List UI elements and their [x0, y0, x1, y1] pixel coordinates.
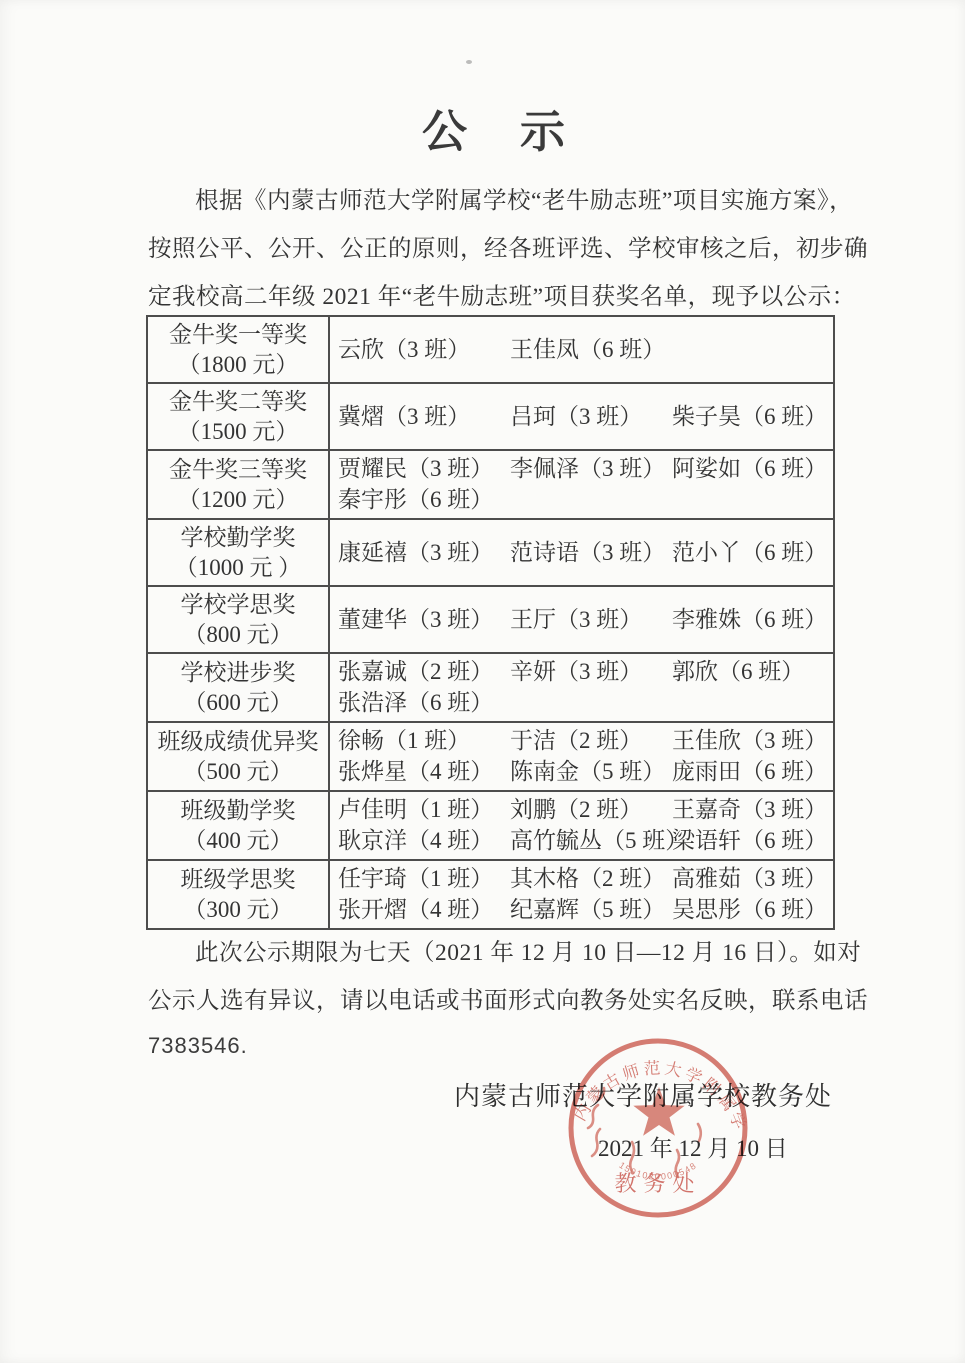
awardee-name: 陈南金（5 班）	[510, 757, 672, 787]
awardees-cell: 任宇琦（1 班）其木格（2 班）高雅茹（3 班）张开熠（4 班）纪嘉辉（5 班）…	[330, 861, 833, 928]
awardee-name: 刘鹏（2 班）	[510, 795, 672, 825]
award-amount: （300 元）	[183, 895, 292, 925]
table-row: 班级勤学奖（400 元）卢佳明（1 班）刘鹏（2 班）王嘉奇（3 班）耿京洋（4…	[148, 790, 833, 859]
awardee-name: 康延禧（3 班）	[338, 538, 510, 568]
awardee-name: 任宇琦（1 班）	[338, 864, 510, 894]
awardee-name: 王厅（3 班）	[510, 605, 672, 635]
award-amount: （1000 元 ）	[175, 553, 302, 583]
stamp-star-icon	[633, 1087, 684, 1136]
award-label-cell: 金牛奖三等奖（1200 元）	[148, 451, 330, 518]
awardee-name: 张烨星（4 班）	[338, 757, 510, 787]
awardee-name: 吴思彤（6 班）	[672, 895, 831, 925]
page-title: 公 示	[0, 95, 965, 160]
table-row: 学校进步奖（600 元）张嘉诚（2 班）辛妍（3 班）郭欣（6 班）张浩泽（6 …	[148, 652, 833, 721]
awardee-name: 秦宇彤（6 班）	[338, 485, 510, 515]
award-name: 班级成绩优异奖	[158, 727, 319, 757]
intro-paragraph: 根据《内蒙古师范大学附属学校“老牛励志班”项目实施方案》，按照公平、公开、公正的…	[148, 174, 858, 318]
awardee-name: 李雅姝（6 班）	[672, 605, 831, 635]
awardee-name: 王佳凤（6 班）	[510, 335, 672, 365]
awardee-name: 高雅茹（3 班）	[672, 864, 831, 894]
award-amount: （500 元）	[183, 757, 292, 787]
table-row: 学校学思奖（800 元）董建华（3 班）王厅（3 班）李雅姝（6 班）	[148, 585, 833, 652]
intro-line: 按照公平、公开、公正的原则，经各班评选、学校审核之后，初步确	[148, 222, 858, 270]
award-label-cell: 学校学思奖（800 元）	[148, 587, 330, 652]
award-label-cell: 学校进步奖（600 元）	[148, 654, 330, 721]
award-label-cell: 班级学思奖（300 元）	[148, 861, 330, 928]
awardee-name: 徐畅（1 班）	[338, 726, 510, 756]
awardee-name: 耿京洋（4 班）	[338, 826, 510, 856]
award-name: 金牛奖三等奖	[169, 455, 307, 485]
scan-artifact-dot	[466, 60, 472, 64]
award-label-cell: 班级成绩优异奖（500 元）	[148, 723, 330, 790]
awardees-cell: 冀熠（3 班）吕珂（3 班）柴子昊（6 班）	[330, 384, 833, 449]
awardee-name: 卢佳明（1 班）	[338, 795, 510, 825]
table-row: 金牛奖一等奖（1800 元）云欣（3 班）王佳凤（6 班）	[148, 317, 833, 382]
award-amount: （600 元）	[183, 688, 292, 718]
awardee-name: 范小丫（6 班）	[672, 538, 831, 568]
awardee-name: 阿娑如（6 班）	[672, 454, 831, 484]
award-name: 金牛奖一等奖	[169, 320, 307, 350]
awardee-name: 高竹毓丛（5 班）	[510, 826, 672, 856]
table-row: 班级成绩优异奖（500 元）徐畅（1 班）于洁（2 班）王佳欣（3 班）张烨星（…	[148, 721, 833, 790]
awardee-name: 柴子昊（6 班）	[672, 402, 831, 432]
awardee-name: 纪嘉辉（5 班）	[510, 895, 672, 925]
award-name: 学校进步奖	[181, 658, 296, 688]
closing-line: 公示人选有异议，请以电话或书面形式向教务处实名反映，联系电话	[148, 974, 858, 1022]
awardees-cell: 康延禧（3 班）范诗语（3 班）范小丫（6 班）	[330, 520, 833, 585]
awardee-name: 梁语轩（6 班）	[672, 826, 831, 856]
awardee-name: 张嘉诚（2 班）	[338, 657, 510, 687]
award-name: 班级勤学奖	[181, 796, 296, 826]
intro-line: 根据《内蒙古师范大学附属学校“老牛励志班”项目实施方案》，	[148, 174, 858, 222]
awardee-name: 庞雨田（6 班）	[672, 757, 831, 787]
table-row: 班级学思奖（300 元）任宇琦（1 班）其木格（2 班）高雅茹（3 班）张开熠（…	[148, 859, 833, 928]
awardee-name: 王佳欣（3 班）	[672, 726, 831, 756]
awardees-cell: 贾耀民（3 班）李佩泽（3 班）阿娑如（6 班）秦宇彤（6 班）	[330, 451, 833, 518]
closing-line: 此次公示期限为七天（2021 年 12 月 10 日—12 月 16 日）。如对	[148, 926, 858, 974]
awardee-name: 张浩泽（6 班）	[338, 688, 510, 718]
awardee-name: 其木格（2 班）	[510, 864, 672, 894]
award-name: 金牛奖二等奖	[169, 387, 307, 417]
award-label-cell: 金牛奖二等奖（1500 元）	[148, 384, 330, 449]
awardee-name: 郭欣（6 班）	[672, 657, 831, 687]
awardee-name: 于洁（2 班）	[510, 726, 672, 756]
awardees-cell: 董建华（3 班）王厅（3 班）李雅姝（6 班）	[330, 587, 833, 652]
scanned-document-page: 公 示 根据《内蒙古师范大学附属学校“老牛励志班”项目实施方案》，按照公平、公开…	[0, 0, 965, 1363]
award-label-cell: 班级勤学奖（400 元）	[148, 792, 330, 859]
award-amount: （400 元）	[183, 826, 292, 856]
award-label-cell: 金牛奖一等奖（1800 元）	[148, 317, 330, 382]
intro-line: 定我校高二年级 2021 年“老牛励志班”项目获奖名单，现予以公示：	[148, 270, 858, 318]
award-label-cell: 学校勤学奖（1000 元 ）	[148, 520, 330, 585]
awardee-name: 李佩泽（3 班）	[510, 454, 672, 484]
award-name: 班级学思奖	[181, 865, 296, 895]
award-table: 金牛奖一等奖（1800 元）云欣（3 班）王佳凤（6 班）金牛奖二等奖（1500…	[146, 315, 835, 930]
table-row: 学校勤学奖（1000 元 ）康延禧（3 班）范诗语（3 班）范小丫（6 班）	[148, 518, 833, 585]
awardee-name: 张开熠（4 班）	[338, 895, 510, 925]
award-amount: （1200 元）	[178, 485, 299, 515]
award-name: 学校学思奖	[181, 590, 296, 620]
awardee-name: 云欣（3 班）	[338, 335, 510, 365]
awardee-name: 吕珂（3 班）	[510, 402, 672, 432]
awardees-cell: 云欣（3 班）王佳凤（6 班）	[330, 317, 833, 382]
awardee-name: 董建华（3 班）	[338, 605, 510, 635]
award-amount: （800 元）	[183, 620, 292, 650]
award-name: 学校勤学奖	[181, 523, 296, 553]
awardees-cell: 张嘉诚（2 班）辛妍（3 班）郭欣（6 班）张浩泽（6 班）	[330, 654, 833, 721]
awardee-name: 冀熠（3 班）	[338, 402, 510, 432]
table-row: 金牛奖二等奖（1500 元）冀熠（3 班）吕珂（3 班）柴子昊（6 班）	[148, 382, 833, 449]
awardee-name: 贾耀民（3 班）	[338, 454, 510, 484]
award-amount: （1800 元）	[178, 350, 299, 380]
award-amount: （1500 元）	[178, 417, 299, 447]
awardee-name: 辛妍（3 班）	[510, 657, 672, 687]
awardees-cell: 卢佳明（1 班）刘鹏（2 班）王嘉奇（3 班）耿京洋（4 班）高竹毓丛（5 班）…	[330, 792, 833, 859]
awardees-cell: 徐畅（1 班）于洁（2 班）王佳欣（3 班）张烨星（4 班）陈南金（5 班）庞雨…	[330, 723, 833, 790]
table-row: 金牛奖三等奖（1200 元）贾耀民（3 班）李佩泽（3 班）阿娑如（6 班）秦宇…	[148, 449, 833, 518]
awardee-name: 王嘉奇（3 班）	[672, 795, 831, 825]
official-stamp: 内蒙古师范大学附属学校 教务处 1501020000548	[558, 1028, 758, 1228]
awardee-name: 范诗语（3 班）	[510, 538, 672, 568]
